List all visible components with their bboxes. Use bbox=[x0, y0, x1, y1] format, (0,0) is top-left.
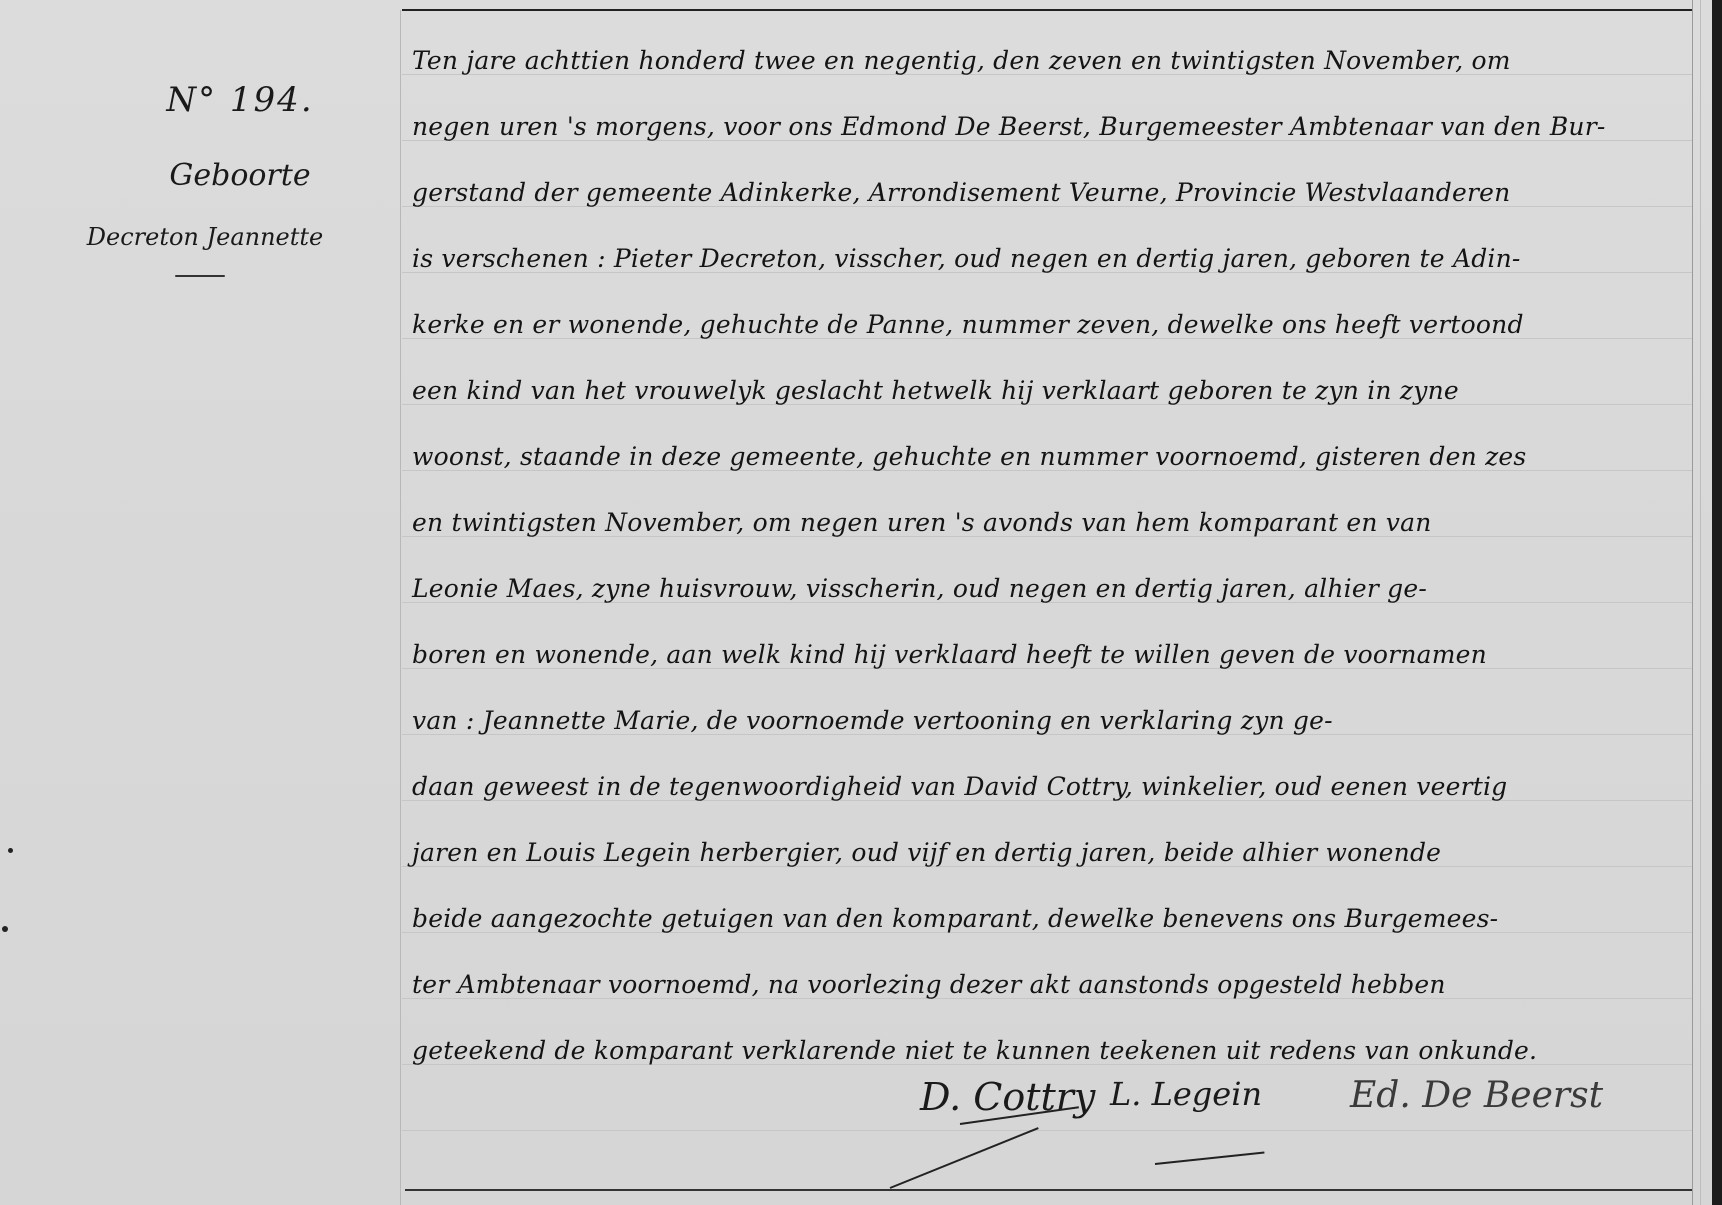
body-line: negen uren 's morgens, voor ons Edmond D… bbox=[412, 112, 1682, 142]
body-line: ter Ambtenaar voornoemd, na voorlezing d… bbox=[412, 970, 1682, 1000]
body-line: kerke en er wonende, gehuchte de Panne, … bbox=[412, 310, 1682, 340]
body-line: geteekend de komparant verklarende niet … bbox=[412, 1036, 1682, 1066]
top-rule bbox=[402, 9, 1692, 11]
register-page: N° 194. Geboorte Decreton Jeannette Ten … bbox=[0, 0, 1712, 1205]
margin-annotation: N° 194. Geboorte Decreton Jeannette bbox=[60, 80, 380, 277]
body-line: een kind van het vrouwelyk geslacht hetw… bbox=[412, 376, 1682, 406]
signature-witness-2: L. Legein bbox=[1110, 1075, 1262, 1113]
body-line: jaren en Louis Legein herbergier, oud vi… bbox=[412, 838, 1682, 868]
bottom-rule bbox=[405, 1189, 1692, 1191]
margin-line bbox=[400, 10, 401, 1205]
body-line: boren en wonende, aan welk kind hij verk… bbox=[412, 640, 1682, 670]
ink-speck bbox=[8, 848, 13, 853]
entry-number: N° 194. bbox=[100, 80, 380, 120]
right-margin-line bbox=[1692, 0, 1693, 1205]
body-line: gerstand der gemeente Adinkerke, Arrondi… bbox=[412, 178, 1682, 208]
signature-witness-1: D. Cottry bbox=[920, 1075, 1095, 1119]
body-line: daan geweest in de tegenwoordigheid van … bbox=[412, 772, 1682, 802]
body-line: Leonie Maes, zyne huisvrouw, visscherin,… bbox=[412, 574, 1682, 604]
margin-dash bbox=[175, 275, 225, 277]
signature-mayor: Ed. De Beerst bbox=[1350, 1075, 1603, 1116]
body-line: beide aangezochte getuigen van den kompa… bbox=[412, 904, 1682, 934]
record-type: Geboorte bbox=[100, 158, 380, 193]
body-line: is verschenen : Pieter Decreton, vissche… bbox=[412, 244, 1682, 274]
body-line: woonst, staande in deze gemeente, gehuch… bbox=[412, 442, 1682, 472]
signature-flourish bbox=[890, 1127, 1039, 1189]
right-margin-line-outer bbox=[1700, 0, 1701, 1205]
signature-flourish bbox=[1155, 1152, 1265, 1165]
ink-speck bbox=[2, 926, 8, 932]
signature-block: D. Cottry L. Legein Ed. De Beerst bbox=[920, 1075, 1680, 1165]
body-line: en twintigsten November, om negen uren '… bbox=[412, 508, 1682, 538]
body-line: van : Jeannette Marie, de voornoemde ver… bbox=[412, 706, 1682, 736]
binding-edge bbox=[1712, 0, 1722, 1205]
body-line: Ten jare achttien honderd twee en negent… bbox=[412, 46, 1682, 76]
subject-name: Decreton Jeannette bbox=[30, 223, 380, 251]
